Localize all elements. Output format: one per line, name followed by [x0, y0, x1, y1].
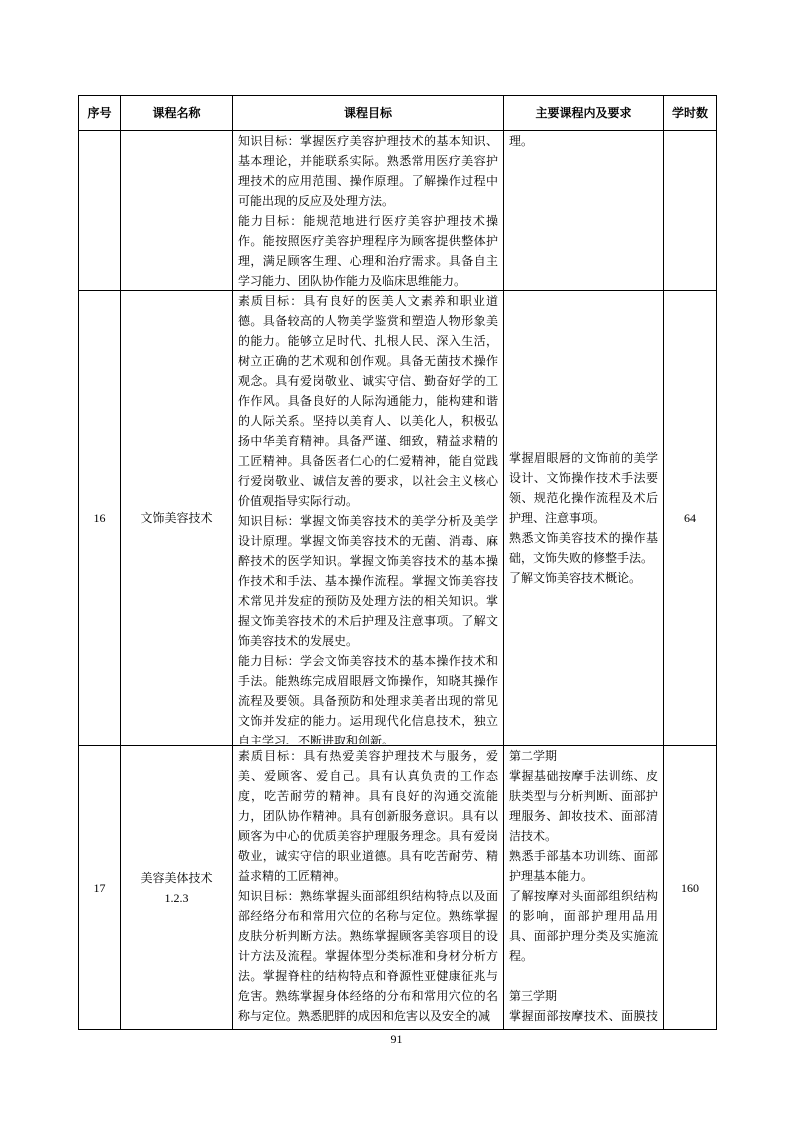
cell-objectives: 素质目标：具有良好的医美人文素养和职业道德。具备较高的人物美学鉴赏和塑造人物形象… — [233, 291, 504, 746]
course-name-line: 文饰美容技术 — [121, 508, 232, 528]
header-hours: 学时数 — [664, 96, 717, 131]
content-paragraph: 掌握眉眼唇的文饰前的美学设计、文饰操作技术手法要领、规范化操作流程及术后护理、注… — [509, 448, 658, 528]
header-course-objectives: 课程目标 — [233, 96, 504, 131]
content-paragraph: 熟悉文饰美容技术的操作基础，文饰失败的修整手法。 — [509, 528, 658, 568]
objective-paragraph: 素质目标：具有热爱美容护理技术与服务，爱美、爱顾客、爱自己。具有认真负责的工作态… — [238, 746, 498, 886]
header-number: 序号 — [79, 96, 121, 131]
content-paragraph: 了解按摩对头面部组织结构的影响，面部护理用品用具、面部护理分类及实施流程。 — [509, 886, 658, 966]
objective-paragraph: 知识目标：熟练掌握头面部组织结构特点以及面部经络分布和常用穴位的名称与定位。熟练… — [238, 886, 498, 1026]
cell-main-content: 第二学期 掌握基础按摩手法训练、皮肤类型与分析判断、面部护理服务、卸妆技术、面部… — [504, 746, 664, 1030]
content-paragraph: 掌握基础按摩手法训练、皮肤类型与分析判断、面部护理服务、卸妆技术、面部清洁技术。 — [509, 766, 658, 846]
content-paragraph: 了解文饰美容技术概论。 — [509, 568, 658, 588]
objective-paragraph: 知识目标：掌握文饰美容技术的美学分析及美学设计原理。掌握文饰美容技术的无菌、消毒… — [238, 511, 498, 651]
header-course-name: 课程名称 — [121, 96, 233, 131]
course-name-line: 美容美体技术 — [121, 868, 232, 888]
document-page: 序号 课程名称 课程目标 主要课程内及要求 学时数 知识目标：掌握医疗美容护理技… — [0, 0, 793, 1122]
cell-number: 17 — [79, 746, 121, 1030]
page-number: 91 — [0, 1032, 793, 1047]
objective-paragraph: 能力目标：能规范地进行医疗美容护理技术操作。能按照医疗美容护理程序为顾客提供整体… — [238, 211, 498, 289]
content-paragraph: 熟悉手部基本功训练、面部护理基本能力。 — [509, 846, 658, 886]
content-paragraph: 第三学期 — [509, 986, 658, 1006]
content-paragraph: 掌握面部按摩技术、面膜技术。 — [509, 1006, 658, 1028]
cell-course-name: 美容美体技术 1.2.3 — [121, 746, 233, 1030]
table-row-17: 17 美容美体技术 1.2.3 素质目标：具有热爱美容护理技术与服务，爱美、爱顾… — [79, 746, 717, 1030]
cell-course-name: 文饰美容技术 — [121, 291, 233, 746]
cell-main-content: 掌握眉眼唇的文饰前的美学设计、文饰操作技术手法要领、规范化操作流程及术后护理、注… — [504, 291, 664, 746]
cell-course-name — [121, 131, 233, 291]
cell-main-content: 理。 — [504, 131, 664, 291]
cell-number: 16 — [79, 291, 121, 746]
header-main-content: 主要课程内及要求 — [504, 96, 664, 131]
cell-hours — [664, 131, 717, 291]
table-header-row: 序号 课程名称 课程目标 主要课程内及要求 学时数 — [79, 96, 717, 131]
content-paragraph: 理。 — [509, 131, 658, 151]
objective-paragraph: 能力目标：学会文饰美容技术的基本操作技术和手法。能熟练完成眉眼唇文饰操作，知晓其… — [238, 651, 498, 744]
cell-hours: 64 — [664, 291, 717, 746]
objective-paragraph: 知识目标：掌握医疗美容护理技术的基本知识、基本理论，并能联系实际。熟悉常用医疗美… — [238, 131, 498, 211]
table-row-16: 16 文饰美容技术 素质目标：具有良好的医美人文素养和职业道德。具备较高的人物美… — [79, 291, 717, 746]
cell-objectives: 素质目标：具有热爱美容护理技术与服务，爱美、爱顾客、爱自己。具有认真负责的工作态… — [233, 746, 504, 1030]
course-table: 序号 课程名称 课程目标 主要课程内及要求 学时数 知识目标：掌握医疗美容护理技… — [78, 95, 717, 1030]
cell-objectives: 知识目标：掌握医疗美容护理技术的基本知识、基本理论，并能联系实际。熟悉常用医疗美… — [233, 131, 504, 291]
content-paragraph — [509, 966, 658, 986]
course-name-line2: 1.2.3 — [121, 888, 232, 908]
content-paragraph: 第二学期 — [509, 746, 658, 766]
table-row-continued: 知识目标：掌握医疗美容护理技术的基本知识、基本理论，并能联系实际。熟悉常用医疗美… — [79, 131, 717, 291]
cell-hours: 160 — [664, 746, 717, 1030]
objective-paragraph: 素质目标：具有良好的医美人文素养和职业道德。具备较高的人物美学鉴赏和塑造人物形象… — [238, 291, 498, 511]
cell-number — [79, 131, 121, 291]
